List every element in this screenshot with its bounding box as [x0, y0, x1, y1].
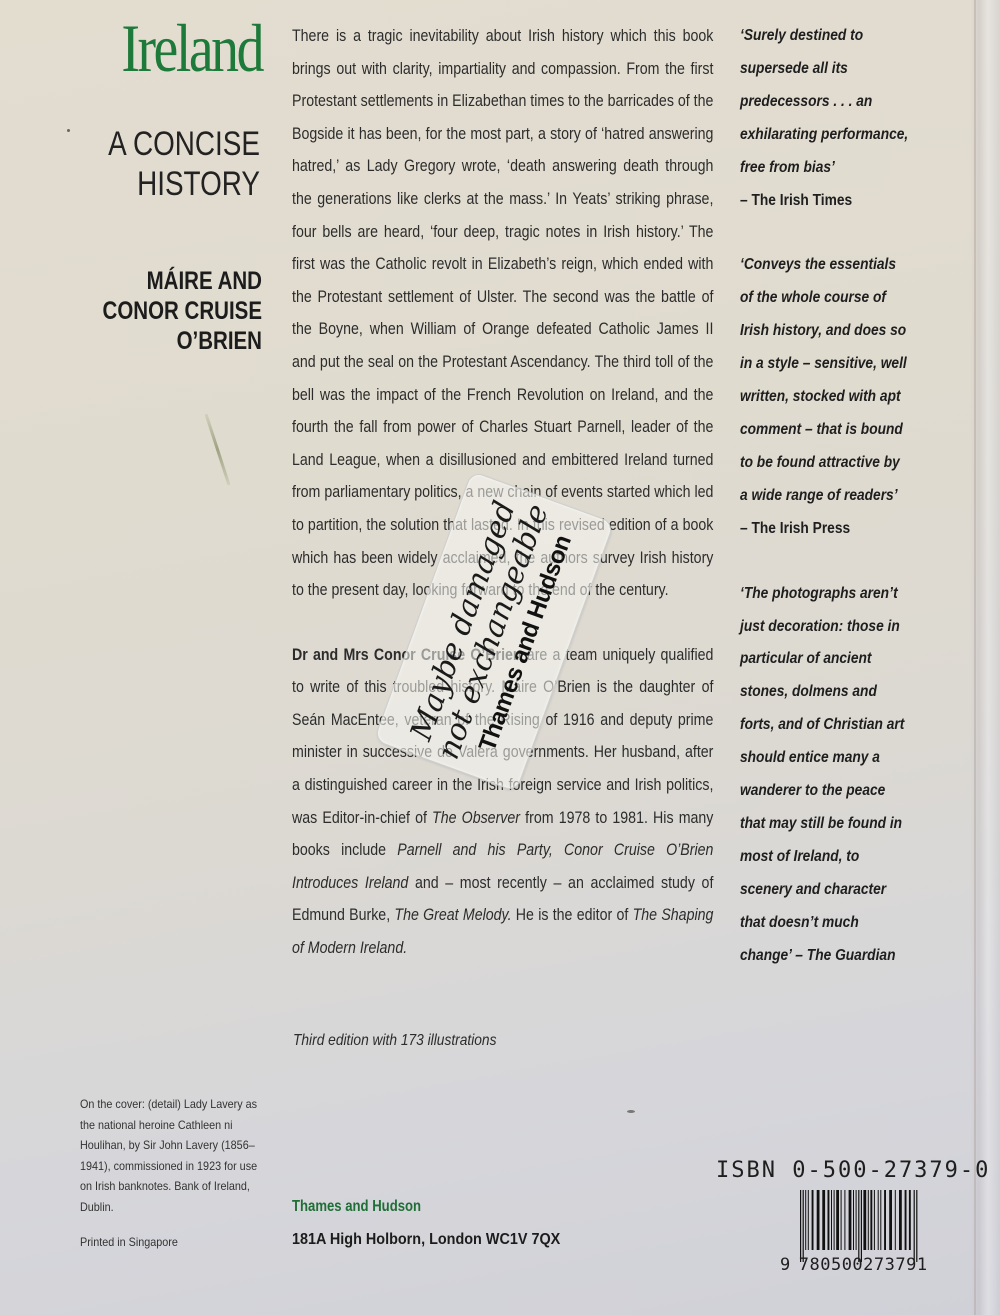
review-source: – The Irish Times [740, 185, 938, 218]
cover-illustration-note: On the cover: (detail) Lady Lavery as th… [80, 1094, 260, 1217]
review-line: particular of ancient [740, 643, 938, 676]
review-line: in a style – sensitive, well [740, 348, 938, 381]
review-line: written, stocked with apt [740, 381, 938, 414]
review-line: Irish history, and does so [740, 315, 938, 348]
review-irish-press: ‘Conveys the essentials of the whole cou… [740, 249, 938, 545]
review-line: most of Ireland, to [740, 841, 938, 874]
author-line: CONOR CRUISE [80, 296, 262, 326]
review-line: free from bias’ [740, 152, 938, 185]
review-line: wanderer to the peace [740, 775, 938, 808]
reviews: ‘Surely destined to supersede all its pr… [740, 20, 970, 972]
italic-title: The Observer [432, 809, 520, 827]
barcode-number: 780500273791 [799, 1255, 928, 1275]
review-line: should entice many a [740, 742, 938, 775]
barcode-icon [800, 1190, 980, 1262]
speck [67, 129, 70, 132]
review-line: to be found attractive by [740, 447, 938, 480]
speck [627, 1110, 635, 1113]
review-line: supersede all its [740, 53, 938, 86]
review-line-with-source: change’ – The Guardian [740, 940, 938, 973]
review-line: that doesn’t much [740, 907, 938, 940]
blurb-text: He is the editor of [512, 906, 633, 924]
italic-title: The Great Melody. [394, 906, 511, 924]
review-line: exhilarating performance, [740, 119, 938, 152]
page-edge-line [974, 0, 976, 1315]
review-line: forts, and of Christian art [740, 709, 938, 742]
author-line: O’BRIEN [80, 326, 262, 356]
review-line: a wide range of readers’ [740, 480, 938, 513]
review-line: ‘The photographs aren’t [740, 578, 938, 611]
review-line: scenery and character [740, 874, 938, 907]
book-authors: MÁIRE AND CONOR CRUISE O’BRIEN [80, 266, 262, 356]
book-subtitle: A CONCISE HISTORY [96, 124, 260, 204]
scratch-mark [204, 413, 230, 485]
review-line: just decoration: those in [740, 611, 938, 644]
author-line: MÁIRE AND [80, 266, 262, 296]
barcode-first-digit: 9 [780, 1255, 791, 1275]
review-line: comment – that is bound [740, 414, 938, 447]
barcode-digits: 9780500273791 [780, 1255, 928, 1275]
review-line: ‘Surely destined to [740, 20, 938, 53]
publisher-address: 181A High Holborn, London WC1V 7QX [292, 1231, 560, 1249]
review-line: ‘Conveys the essentials [740, 249, 938, 282]
review-line: that may still be found in [740, 808, 938, 841]
subtitle-line: A CONCISE [96, 124, 260, 164]
review-irish-times: ‘Surely destined to supersede all its pr… [740, 20, 938, 217]
isbn-label: ISBN 0-500-27379-0 [716, 1158, 990, 1183]
book-title: Ireland [113, 14, 262, 82]
review-line: predecessors . . . an [740, 86, 938, 119]
review-line: of the whole course of [740, 282, 938, 315]
printed-in-note: Printed in Singapore [80, 1235, 178, 1249]
review-line: stones, dolmens and [740, 676, 938, 709]
edition-note: Third edition with 173 illustrations [293, 1032, 496, 1050]
publisher-name: Thames and Hudson [292, 1198, 421, 1216]
review-source: – The Irish Press [740, 513, 938, 546]
review-guardian: ‘The photographs aren’t just decoration:… [740, 578, 938, 973]
subtitle-line: HISTORY [96, 164, 260, 204]
